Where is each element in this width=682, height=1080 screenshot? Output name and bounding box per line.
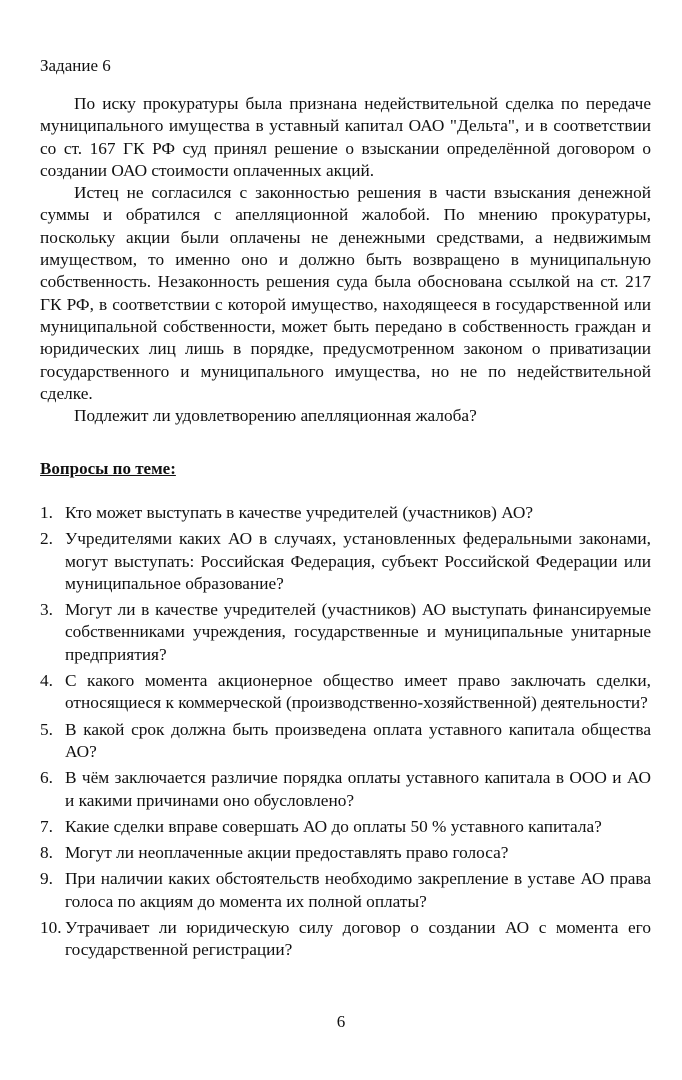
question-number: 4. <box>40 670 53 692</box>
question-text: С какого момента акционерное общество им… <box>65 671 651 712</box>
question-item: 2.Учредителями каких АО в случаях, устан… <box>40 528 651 595</box>
question-text: Какие сделки вправе совершать АО до опла… <box>65 817 602 836</box>
question-text: При наличии каких обстоятельств необходи… <box>65 869 651 910</box>
question-item: 4.С какого момента акционерное общество … <box>40 670 651 715</box>
page-number: 6 <box>0 1012 682 1032</box>
question-text: Учредителями каких АО в случаях, установ… <box>65 529 651 593</box>
question-item: 5.В какой срок должна быть произведена о… <box>40 719 651 764</box>
question-number: 9. <box>40 868 53 890</box>
question-number: 10. <box>40 917 62 939</box>
question-item: 10.Утрачивает ли юридическую силу догово… <box>40 917 651 962</box>
question-item: 3.Могут ли в качестве учредителей (участ… <box>40 599 651 666</box>
paragraph: По иску прокуратуры была признана недейс… <box>40 93 651 182</box>
question-text: Могут ли неоплаченные акции предоставлят… <box>65 843 508 862</box>
task-title: Задание 6 <box>40 55 111 77</box>
question-number: 8. <box>40 842 53 864</box>
section-heading: Вопросы по теме: <box>40 458 176 480</box>
question-text: Кто может выступать в качестве учредител… <box>65 503 533 522</box>
question-number: 5. <box>40 719 53 741</box>
question-item: 6.В чём заключается различие порядка опл… <box>40 767 651 812</box>
question-number: 3. <box>40 599 53 621</box>
question-text: Утрачивает ли юридическую силу договор о… <box>65 918 651 959</box>
paragraph: Истец не согласился с законностью решени… <box>40 182 651 405</box>
paragraph: Подлежит ли удовлетворению апелляционная… <box>40 405 651 427</box>
question-number: 1. <box>40 502 53 524</box>
question-text: В чём заключается различие порядка оплат… <box>65 768 651 809</box>
question-item: 8.Могут ли неоплаченные акции предоставл… <box>40 842 651 864</box>
questions-list: 1.Кто может выступать в качестве учредит… <box>40 502 651 966</box>
question-text: Могут ли в качестве учредителей (участни… <box>65 600 651 664</box>
question-item: 7.Какие сделки вправе совершать АО до оп… <box>40 816 651 838</box>
question-text: В какой срок должна быть произведена опл… <box>65 720 651 761</box>
question-number: 2. <box>40 528 53 550</box>
question-item: 1.Кто может выступать в качестве учредит… <box>40 502 651 524</box>
question-number: 6. <box>40 767 53 789</box>
question-number: 7. <box>40 816 53 838</box>
case-description: По иску прокуратуры была признана недейс… <box>40 93 651 427</box>
question-item: 9.При наличии каких обстоятельств необхо… <box>40 868 651 913</box>
